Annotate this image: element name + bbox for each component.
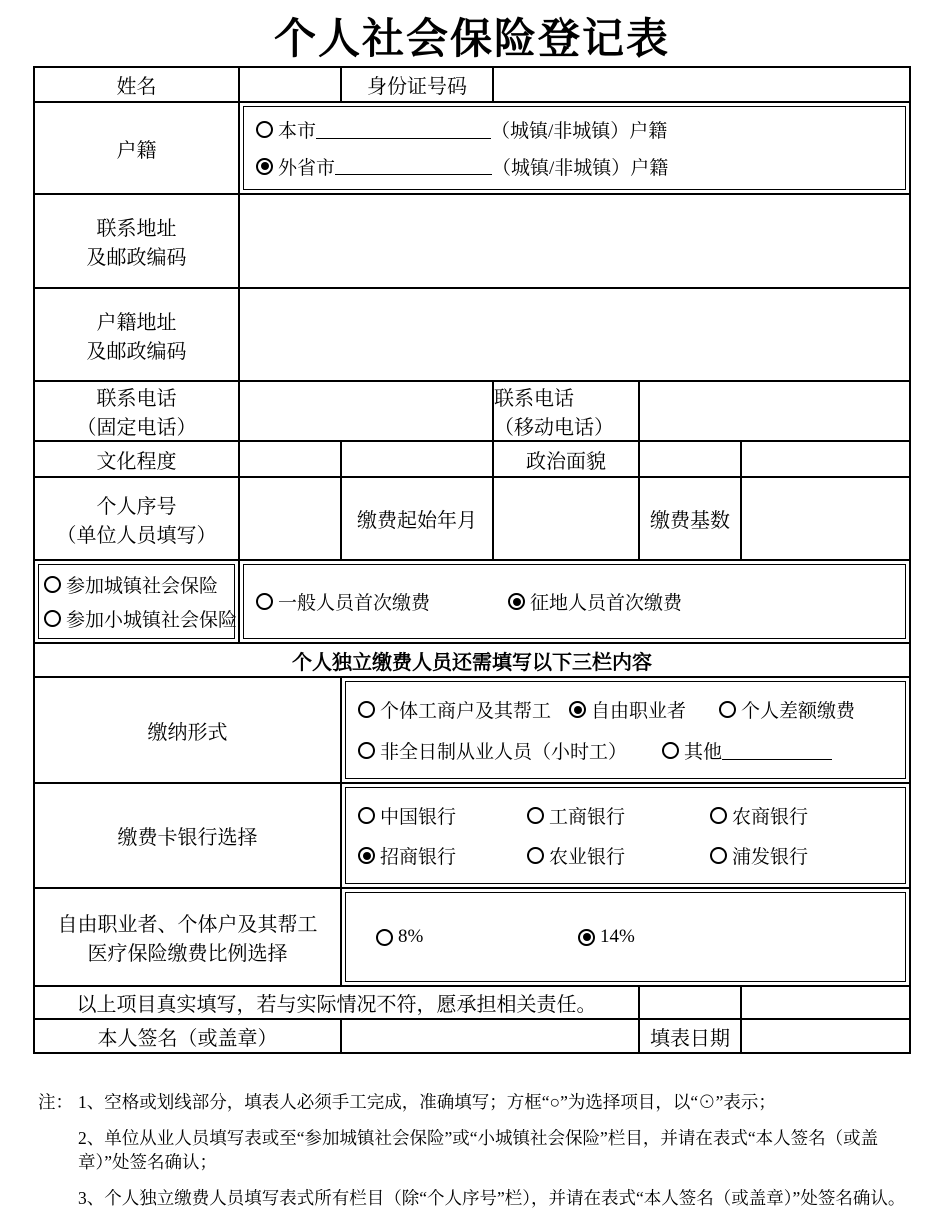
row-personal-no: 个人序号 （单位人员填写） 缴费起始年月 缴费基数 [34,477,910,560]
blank-line[interactable] [722,742,832,760]
row-hukou: 户籍 本市 （城镇/非城镇）户籍 外省市 [34,102,910,194]
bank-options-cell: 中国银行 工商银行 农商银行 [341,783,910,888]
notes-prefix: 注： [38,1090,73,1114]
pay-start-label-cell: 缴费起始年月 [341,477,493,560]
row-payment-form: 缴纳形式 个体工商户及其帮工 自由职业者 [34,677,910,783]
phone-mobile-value-cell[interactable] [639,381,910,441]
label-line: 联系电话 [494,382,638,411]
note-item-3: 3、个人独立缴费人员填写表式所有栏目（除“个人序号”栏），并请在表式“本人签名（… [38,1186,918,1210]
education-label-cell: 文化程度 [34,441,239,477]
row-bank-selection: 缴费卡银行选择 中国银行 工商银行 农商银 [34,783,910,888]
radio-icon[interactable] [578,929,595,946]
radio-option-agricultural-bank[interactable]: 农业银行 [527,842,710,869]
id-number-value-cell[interactable] [493,67,910,102]
signature-value-cell[interactable] [341,1019,639,1053]
phone-fixed-value-cell[interactable] [239,381,493,441]
radio-label: 其他 [684,737,722,764]
radio-label: 招商银行 [380,842,456,869]
fill-date-label-cell: 填表日期 [639,1019,741,1053]
registration-table: 姓名 身份证号码 户籍 本市 （城镇/非城镇）户籍 [33,66,911,1054]
insurance-option-row: 参加城镇社会保险 [39,571,234,598]
row-hukou-address: 户籍地址 及邮政编码 [34,288,910,381]
education-extra-cell[interactable] [341,441,493,477]
label-line: 联系地址 [35,212,238,241]
hukou-options-box: 本市 （城镇/非城镇）户籍 外省市 （城镇/非城镇）户籍 [243,106,906,190]
medical-ratio-option-row: 8% 14% [346,926,905,948]
radio-label: （城镇/非城镇）户籍 [491,116,667,143]
radio-label: 个体工商户及其帮工 [380,696,551,723]
hukou-option-row: 本市 （城镇/非城镇）户籍 [244,116,905,143]
blank-line[interactable] [335,157,492,175]
radio-icon[interactable] [376,929,393,946]
signature-label-cell: 本人签名（或盖章） [34,1019,341,1053]
political-extra-cell[interactable] [741,441,910,477]
declaration-extra-cell-2[interactable] [741,986,910,1019]
name-value-cell[interactable] [239,67,341,102]
radio-option-bank-of-china[interactable]: 中国银行 [358,802,527,829]
row-medical-ratio: 自由职业者、个体户及其帮工 医疗保险缴费比例选择 8% 14% [34,888,910,986]
medical-ratio-label-cell: 自由职业者、个体户及其帮工 医疗保险缴费比例选择 [34,888,341,986]
radio-label: 非全日制从业人员（小时工） [380,737,627,764]
radio-label: （城镇/非城镇）户籍 [492,153,668,180]
declaration-cell: 以上项目真实填写，若与实际情况不符，愿承担相关责任。 [34,986,639,1019]
radio-option-other-province[interactable]: 外省市 （城镇/非城镇）户籍 [256,153,668,180]
radio-label: 个人差额缴费 [741,696,855,723]
radio-label: 中国银行 [380,802,456,829]
radio-label: 工商银行 [549,802,625,829]
radio-option-urban-insurance[interactable]: 参加城镇社会保险 [44,571,218,598]
phone-fixed-label-cell: 联系电话 （固定电话） [34,381,239,441]
radio-label: 一般人员首次缴费 [278,588,430,615]
pay-base-label-cell: 缴费基数 [639,477,741,560]
radio-option-rural-commercial-bank[interactable]: 农商银行 [710,802,808,829]
insurance-option-row: 参加小城镇社会保险 [39,605,234,632]
registration-form-page: 个人社会保险登记表 姓名 身份证号码 户籍 本市 [0,0,944,1231]
radio-icon[interactable] [256,593,273,610]
radio-label: 外省市 [278,153,335,180]
first-payment-box: 一般人员首次缴费 征地人员首次缴费 [243,564,906,639]
label-line: （固定电话） [35,411,238,440]
radio-option-8-percent[interactable]: 8% [376,926,578,948]
radio-label: 参加小城镇社会保险 [66,605,237,632]
note-item-2: 2、单位从业人员填写表或至“参加城镇社会保险”或“小城镇社会保险”栏目，并请在表… [38,1126,918,1174]
bank-options-box: 中国银行 工商银行 农商银行 [345,787,906,884]
payment-form-option-row: 非全日制从业人员（小时工） 其他 [346,737,905,764]
payment-form-option-row: 个体工商户及其帮工 自由职业者 个人差额缴费 [346,696,905,723]
label-line: 医疗保险缴费比例选择 [35,937,340,966]
personal-no-label-cell: 个人序号 （单位人员填写） [34,477,239,560]
row-signature: 本人签名（或盖章） 填表日期 [34,1019,910,1053]
radio-option-small-town-insurance[interactable]: 参加小城镇社会保险 [44,605,237,632]
id-number-label-cell: 身份证号码 [341,67,493,102]
radio-icon[interactable] [527,847,544,864]
hukou-label-cell: 户籍 [34,102,239,194]
label-line: （移动电话） [494,411,638,440]
first-payment-option-row: 一般人员首次缴费 征地人员首次缴费 [244,588,905,615]
radio-option-self-employed[interactable]: 个体工商户及其帮工 [358,696,569,723]
radio-label: 本市 [278,116,316,143]
radio-option-part-time[interactable]: 非全日制从业人员（小时工） [358,737,662,764]
radio-option-spd-bank[interactable]: 浦发银行 [710,842,808,869]
bank-option-row: 中国银行 工商银行 农商银行 [346,802,905,829]
hukou-address-label-cell: 户籍地址 及邮政编码 [34,288,239,381]
radio-label: 征地人员首次缴费 [530,588,682,615]
payment-form-label-cell: 缴纳形式 [34,677,341,783]
radio-icon[interactable] [527,807,544,824]
radio-icon[interactable] [358,742,375,759]
radio-icon[interactable] [358,807,375,824]
radio-option-icbc[interactable]: 工商银行 [527,802,710,829]
radio-icon[interactable] [710,807,727,824]
label-line: （单位人员填写） [35,519,238,548]
row-contact-address: 联系地址 及邮政编码 [34,194,910,288]
hukou-address-value-cell[interactable] [239,288,910,381]
label-line: 个人序号 [35,490,238,519]
education-value-cell[interactable] [239,441,341,477]
pay-base-value-cell[interactable] [741,477,910,560]
section-header: 个人独立缴费人员还需填写以下三栏内容 [34,643,910,677]
label-line: 户籍地址 [35,306,238,335]
payment-form-options-cell: 个体工商户及其帮工 自由职业者 个人差额缴费 [341,677,910,783]
pay-start-value-cell[interactable] [493,477,639,560]
radio-icon[interactable] [662,742,679,759]
radio-option-14-percent[interactable]: 14% [578,926,635,948]
medical-ratio-box: 8% 14% [345,892,906,982]
label-line: 及邮政编码 [35,241,238,270]
radio-option-personal-difference[interactable]: 个人差额缴费 [719,696,855,723]
radio-icon[interactable] [719,701,736,718]
radio-label: 浦发银行 [732,842,808,869]
row-name-id: 姓名 身份证号码 [34,67,910,102]
political-value-cell[interactable] [639,441,741,477]
hukou-options-cell: 本市 （城镇/非城镇）户籍 外省市 （城镇/非城镇）户籍 [239,102,910,194]
radio-option-freelancer[interactable]: 自由职业者 [569,696,719,723]
radio-label: 农业银行 [549,842,625,869]
radio-label: 8% [398,926,423,948]
radio-option-china-merchants-bank[interactable]: 招商银行 [358,842,527,869]
radio-option-land-acquired-first-payment[interactable]: 征地人员首次缴费 [508,588,682,615]
radio-icon[interactable] [44,576,61,593]
footer-notes: 注： 1、空格或划线部分，填表人必须手工完成，准确填写；方框“○”为选择项目，以… [38,1090,918,1223]
medical-ratio-options-cell: 8% 14% [341,888,910,986]
contact-address-value-cell[interactable] [239,194,910,288]
blank-line[interactable] [316,121,491,139]
radio-icon[interactable] [256,121,273,138]
row-declaration: 以上项目真实填写，若与实际情况不符，愿承担相关责任。 [34,986,910,1019]
row-phones: 联系电话 （固定电话） 联系电话 （移动电话） [34,381,910,441]
insurance-type-cell: 参加城镇社会保险 参加小城镇社会保险 [34,560,239,643]
radio-option-general-first-payment[interactable]: 一般人员首次缴费 [256,588,508,615]
radio-option-other[interactable]: 其他 [662,737,832,764]
row-education-political: 文化程度 政治面貌 [34,441,910,477]
page-title: 个人社会保险登记表 [0,6,944,66]
hukou-option-row: 外省市 （城镇/非城镇）户籍 [244,153,905,180]
radio-icon[interactable] [569,701,586,718]
radio-icon[interactable] [358,701,375,718]
radio-icon[interactable] [44,610,61,627]
radio-label: 农商银行 [732,802,808,829]
bank-option-row: 招商银行 农业银行 浦发银行 [346,842,905,869]
insurance-type-box: 参加城镇社会保险 参加小城镇社会保险 [38,564,235,639]
contact-address-label-cell: 联系地址 及邮政编码 [34,194,239,288]
declaration-extra-cell-1[interactable] [639,986,741,1019]
bank-label-cell: 缴费卡银行选择 [34,783,341,888]
first-payment-cell: 一般人员首次缴费 征地人员首次缴费 [239,560,910,643]
fill-date-value-cell[interactable] [741,1019,910,1053]
row-insurance-type: 参加城镇社会保险 参加小城镇社会保险 [34,560,910,643]
label-line: 联系电话 [35,382,238,411]
name-label-cell: 姓名 [34,67,239,102]
radio-icon[interactable] [710,847,727,864]
radio-label: 14% [600,926,635,948]
political-label-cell: 政治面貌 [493,441,639,477]
radio-label: 自由职业者 [591,696,686,723]
radio-icon[interactable] [508,593,525,610]
radio-label: 参加城镇社会保险 [66,571,218,598]
row-section-header: 个人独立缴费人员还需填写以下三栏内容 [34,643,910,677]
radio-option-local-city[interactable]: 本市 （城镇/非城镇）户籍 [256,116,667,143]
note-item-1: 1、空格或划线部分，填表人必须手工完成，准确填写；方框“○”为选择项目，以“⊙”… [38,1090,918,1114]
label-line: 及邮政编码 [35,335,238,364]
radio-icon[interactable] [256,158,273,175]
radio-icon[interactable] [358,847,375,864]
personal-no-value-cell[interactable] [239,477,341,560]
payment-form-box: 个体工商户及其帮工 自由职业者 个人差额缴费 [345,681,906,779]
phone-mobile-label-cell: 联系电话 （移动电话） [493,381,639,441]
label-line: 自由职业者、个体户及其帮工 [35,908,340,937]
